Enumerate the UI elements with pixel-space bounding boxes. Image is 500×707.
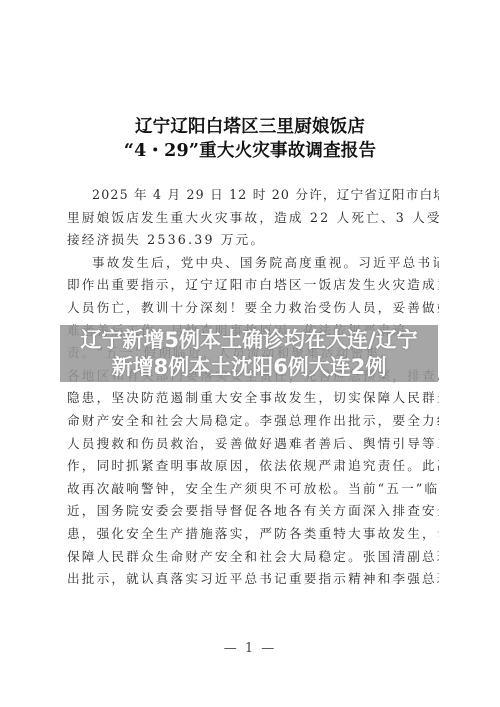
headline-line1: 辽宁新增5例本土确诊均在大连/辽宁 [60, 327, 438, 354]
body-line: 作，同时抓紧查明事故原因，依法依规严肃追究责任。此次事 [67, 455, 439, 478]
body-line: 人员搜救和伤员救治，妥善做好遇难者善后、舆情引导等工 [67, 433, 439, 456]
body-line: 患，强化安全生产措施落实，严防各类重特大事故发生，切实 [67, 523, 439, 546]
report-title-line1: 辽宁辽阳白塔区三里厨娘饭店 [0, 113, 500, 138]
body-line: 隐患，坚决防范遏制重大安全事故发生，切实保障人民群众生 [67, 387, 439, 410]
body-line: 保障人民群众生命财产安全和社会大局稳定。张国清副总理作 [67, 546, 439, 569]
body-line: 即作出重要指示，辽宁辽阳市白塔区一饭店发生火灾造成重大 [67, 274, 439, 297]
body-line: 里厨娘饭店发生重大火灾事故，造成 22 人死亡、3 人受伤，直 [67, 207, 439, 230]
headline-line2: 新增8例本土沈阳6例大连2例 [60, 354, 438, 381]
body-line: 接经济损失 2536.39 万元。 [67, 229, 439, 252]
body-line: 出批示，就认真落实习近平总书记重要指示精神和李强总理批 [67, 568, 439, 591]
report-title-line2: “4・29”重大火灾事故调查报告 [0, 137, 500, 162]
body-line: 事故发生后，党中央、国务院高度重视。习近平总书记立 [67, 252, 439, 275]
body-line: 人员伤亡，教训十分深刻！要全力救治受伤人员，妥善做好遇 [67, 297, 439, 320]
body-line: 近，国务院安委会要指导督促各地各有关方面深入排查安全隐 [67, 500, 439, 523]
body-line: 故再次敲响警钟，安全生产须臾不可放松。当前“五一”临 [67, 478, 439, 501]
document-page: 辽宁辽阳白塔区三里厨娘饭店 “4・29”重大火灾事故调查报告 2025 年 4 … [0, 0, 500, 707]
report-body: 2025 年 4 月 29 日 12 时 20 分许，辽宁省辽阳市白塔区三 里厨… [67, 184, 439, 591]
body-line: 命财产安全和社会大局稳定。李强总理作出批示，要全力组织 [67, 410, 439, 433]
headline-overlay: 辽宁新增5例本土确诊均在大连/辽宁 新增8例本土沈阳6例大连2例 [60, 325, 438, 381]
body-line: 2025 年 4 月 29 日 12 时 20 分许，辽宁省辽阳市白塔区三 [67, 184, 439, 207]
page-number: — 1 — [0, 641, 500, 656]
